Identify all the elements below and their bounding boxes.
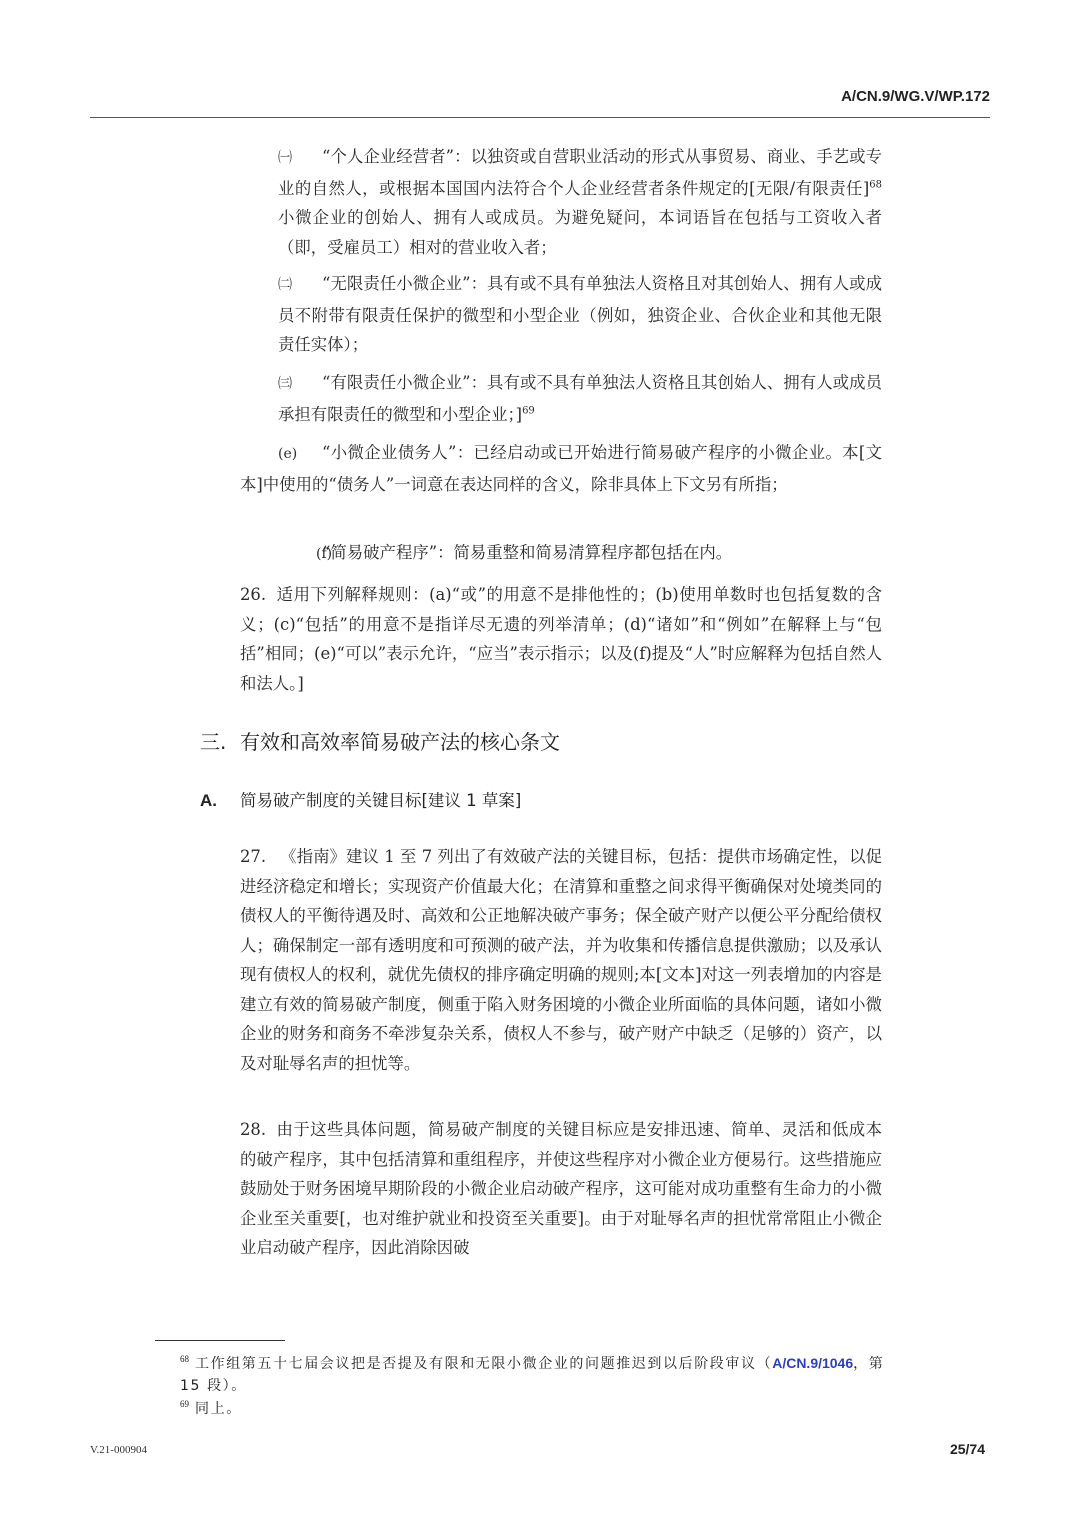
definition-label: (f) bbox=[278, 540, 322, 570]
header-doc-code: A/CN.9/WG.V/WP.172 bbox=[841, 88, 990, 105]
footer-doc-number: V.21-000904 bbox=[90, 1444, 147, 1456]
definition-label: ㈠ bbox=[278, 144, 322, 174]
section-heading: 三.有效和高效率简易破产法的核心条文 bbox=[200, 726, 560, 755]
definition-label: ㈡ bbox=[278, 271, 322, 301]
subsection-number: A. bbox=[200, 791, 240, 811]
definition-text: “小微企业债务人”：已经启动或已开始进行简易破产程序的小微企业。本[文本]中使用… bbox=[240, 443, 882, 494]
paragraph-27: 27.《指南》建议 1 至 7 列出了有效破产法的关键目标，包括：提供市场确定性… bbox=[240, 842, 882, 1078]
definition-text: “简易破产程序”：简易重整和简易清算程序都包括在内。 bbox=[322, 543, 732, 562]
subsection-title: 简易破产制度的关键目标[建议 1 草案] bbox=[240, 791, 521, 810]
definition-text-cont: 小微企业的创始人、拥有人或成员。为避免疑问，本词语旨在包括与工资收入者（即，受雇… bbox=[278, 208, 882, 257]
definition-text: “无限责任小微企业”：具有或不具有单独法人资格且对其创始人、拥有人或成员不附带有… bbox=[278, 274, 882, 354]
definition-label: (e) bbox=[278, 440, 322, 470]
paragraph-28: 28.由于这些具体问题，简易破产制度的关键目标应是安排迅速、简单、灵活和低成本的… bbox=[240, 1115, 882, 1263]
definition-item: ㈢“有限责任小微企业”：具有或不具有单独法人资格且其创始人、拥有人或成员承担有限… bbox=[278, 368, 882, 429]
paragraph-number: 26. bbox=[240, 585, 266, 604]
section-number: 三. bbox=[200, 726, 240, 755]
definition-item: ㈠“个人企业经营者”：以独资或自营职业活动的形式从事贸易、商业、手艺或专业的自然… bbox=[278, 142, 882, 262]
footnote-69: 69同上。 bbox=[180, 1398, 890, 1420]
paragraph-number: 27. bbox=[240, 847, 266, 866]
paragraph-text: 适用下列解释规则：(a)“或”的用意不是排他性的；(b)使用单数时也包括复数的含… bbox=[240, 585, 882, 693]
definition-text: “有限责任小微企业”：具有或不具有单独法人资格且其创始人、拥有人或成员承担有限责… bbox=[278, 373, 882, 424]
footnote-rule bbox=[155, 1340, 285, 1341]
footnote-ref[interactable]: 69 bbox=[522, 405, 535, 416]
paragraph-26: 26.适用下列解释规则：(a)“或”的用意不是排他性的；(b)使用单数时也包括复… bbox=[240, 580, 882, 698]
footnote-68: 68工作组第五十七届会议把是否提及有限和无限小微企业的问题推迟到以后阶段审议（A… bbox=[180, 1352, 890, 1397]
definition-item: (f)“简易破产程序”：简易重整和简易清算程序都包括在内。 bbox=[240, 538, 882, 570]
footnote-text: 工作组第五十七届会议把是否提及有限和无限小微企业的问题推迟到以后阶段审议（ bbox=[195, 1356, 772, 1372]
subsection-heading: A.简易破产制度的关键目标[建议 1 草案] bbox=[200, 787, 521, 811]
page-number: 25/74 bbox=[950, 1441, 985, 1457]
footnote-text: 同上。 bbox=[195, 1401, 242, 1417]
section-title: 有效和高效率简易破产法的核心条文 bbox=[240, 730, 560, 754]
header-rule bbox=[90, 117, 990, 118]
footnote-ref[interactable]: 68 bbox=[869, 179, 882, 190]
footnote-number: 69 bbox=[180, 1399, 189, 1409]
paragraph-text: 由于这些具体问题，简易破产制度的关键目标应是安排迅速、简单、灵活和低成本的破产程… bbox=[240, 1120, 882, 1257]
definition-item: (e)“小微企业债务人”：已经启动或已开始进行简易破产程序的小微企业。本[文本]… bbox=[240, 438, 882, 499]
footnote-number: 68 bbox=[180, 1354, 189, 1364]
document-link[interactable]: A/CN.9/1046 bbox=[772, 1355, 853, 1371]
definition-label: ㈢ bbox=[278, 370, 322, 400]
paragraph-text: 《指南》建议 1 至 7 列出了有效破产法的关键目标，包括：提供市场确定性，以促… bbox=[240, 847, 882, 1073]
definition-item: ㈡“无限责任小微企业”：具有或不具有单独法人资格且对其创始人、拥有人或成员不附带… bbox=[278, 269, 882, 360]
definition-text: “个人企业经营者”：以独资或自营职业活动的形式从事贸易、商业、手艺或专业的自然人… bbox=[278, 147, 882, 198]
paragraph-number: 28. bbox=[240, 1120, 266, 1139]
